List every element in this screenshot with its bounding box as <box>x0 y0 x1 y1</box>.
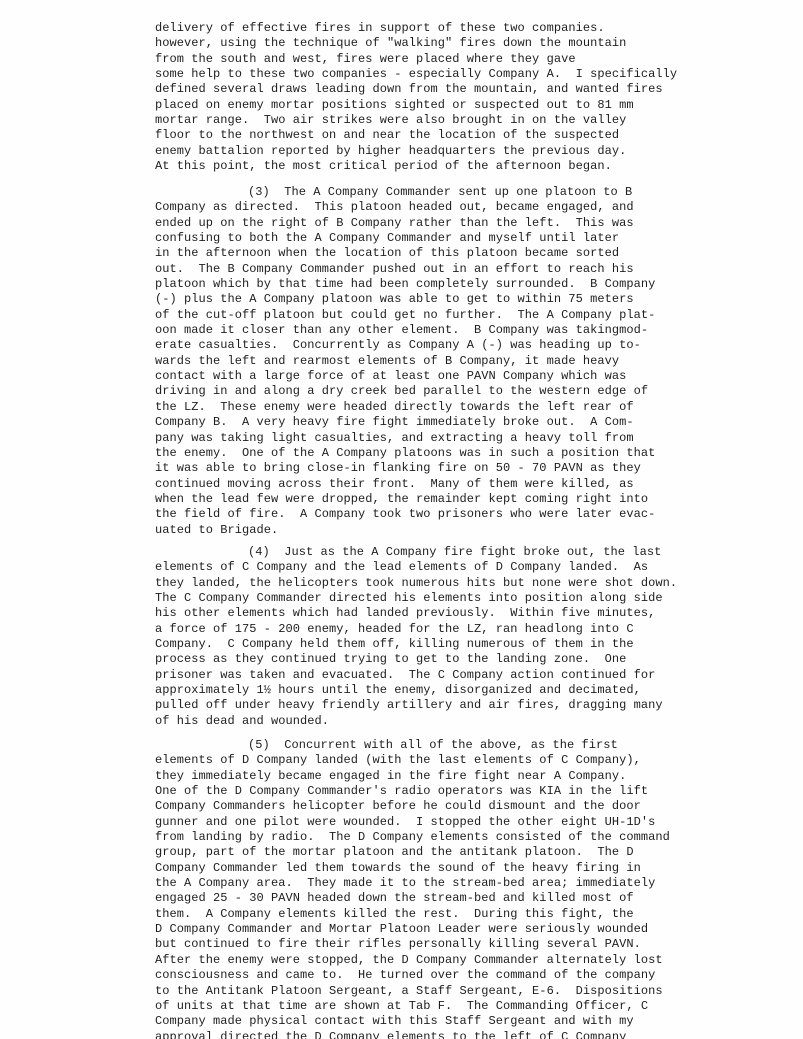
text-line: to the Antitank Platoon Sergeant, a Staf… <box>155 984 670 999</box>
text-line: (3) The A Company Commander sent up one … <box>155 185 655 200</box>
paragraph-continuation: delivery of effective fires in support o… <box>155 21 677 174</box>
paragraph-4: (4) Just as the A Company fire fight bro… <box>155 545 677 729</box>
text-line: out. The B Company Commander pushed out … <box>155 262 655 277</box>
text-line: pany was taking light casualties, and ex… <box>155 431 655 446</box>
text-line: wards the left and rearmost elements of … <box>155 354 655 369</box>
text-line: but continued to fire their rifles perso… <box>155 937 670 952</box>
text-line: elements of C Company and the lead eleme… <box>155 560 677 575</box>
text-line: pulled off under heavy friendly artiller… <box>155 698 677 713</box>
text-line: a force of 175 - 200 enemy, headed for t… <box>155 622 677 637</box>
text-line: Company B. A very heavy fire fight immed… <box>155 415 655 430</box>
text-line: his other elements which had landed prev… <box>155 606 677 621</box>
text-line: confusing to both the A Company Commande… <box>155 231 655 246</box>
text-line: continued moving across their front. Man… <box>155 477 655 492</box>
text-line: gunner and one pilot were wounded. I sto… <box>155 815 670 830</box>
text-line: erate casualties. Concurrently as Compan… <box>155 338 655 353</box>
text-line: of units at that time are shown at Tab F… <box>155 999 670 1014</box>
text-line: (5) Concurrent with all of the above, as… <box>155 738 670 753</box>
text-line: some help to these two companies - espec… <box>155 67 677 82</box>
text-line: it was able to bring close-in flanking f… <box>155 461 655 476</box>
text-line: defined several draws leading down from … <box>155 82 677 97</box>
text-line: prisoner was taken and evacuated. The C … <box>155 668 677 683</box>
text-line: when the lead few were dropped, the rema… <box>155 492 655 507</box>
text-line: from the south and west, fires were plac… <box>155 52 677 67</box>
text-line: them. A Company elements killed the rest… <box>155 907 670 922</box>
text-line: One of the D Company Commander's radio o… <box>155 784 670 799</box>
text-line: from landing by radio. The D Company ele… <box>155 830 670 845</box>
text-line: placed on enemy mortar positions sighted… <box>155 98 677 113</box>
text-line: platoon which by that time had been comp… <box>155 277 655 292</box>
text-line: Company. C Company held them off, killin… <box>155 637 677 652</box>
text-line: the enemy. One of the A Company platoons… <box>155 446 655 461</box>
text-line: process as they continued trying to get … <box>155 652 677 667</box>
text-line: approval directed the D Company elements… <box>155 1030 670 1039</box>
text-line: the A Company area. They made it to the … <box>155 876 670 891</box>
text-line: After the enemy were stopped, the D Comp… <box>155 953 670 968</box>
text-line: delivery of effective fires in support o… <box>155 21 677 36</box>
text-line: elements of D Company landed (with the l… <box>155 753 670 768</box>
text-line: the LZ. These enemy were headed directly… <box>155 400 655 415</box>
text-line: group, part of the mortar platoon and th… <box>155 845 670 860</box>
text-line: The C Company Commander directed his ele… <box>155 591 677 606</box>
text-line: Company made physical contact with this … <box>155 1014 670 1029</box>
paragraph-3: (3) The A Company Commander sent up one … <box>155 185 655 538</box>
text-line: contact with a large force of at least o… <box>155 369 655 384</box>
paragraph-5: (5) Concurrent with all of the above, as… <box>155 738 670 1039</box>
text-line: of the cut-off platoon but could get no … <box>155 308 655 323</box>
text-line: (4) Just as the A Company fire fight bro… <box>155 545 677 560</box>
text-line: (-) plus the A Company platoon was able … <box>155 292 655 307</box>
text-line: enemy battalion reported by higher headq… <box>155 144 677 159</box>
text-line: approximately 1½ hours until the enemy, … <box>155 683 677 698</box>
text-line: Company as directed. This platoon headed… <box>155 200 655 215</box>
text-line: however, using the technique of "walking… <box>155 36 677 51</box>
text-line: ended up on the right of B Company rathe… <box>155 216 655 231</box>
text-line: Company Commanders helicopter before he … <box>155 799 670 814</box>
text-line: driving in and along a dry creek bed par… <box>155 384 655 399</box>
text-line: they immediately became engaged in the f… <box>155 769 670 784</box>
text-line: Company Commander led them towards the s… <box>155 861 670 876</box>
text-line: engaged 25 - 30 PAVN headed down the str… <box>155 891 670 906</box>
text-line: At this point, the most critical period … <box>155 159 677 174</box>
text-line: floor to the northwest on and near the l… <box>155 128 677 143</box>
text-line: uated to Brigade. <box>155 523 655 538</box>
text-line: they landed, the helicopters took numero… <box>155 576 677 591</box>
text-line: oon made it closer than any other elemen… <box>155 323 655 338</box>
text-line: in the afternoon when the location of th… <box>155 246 655 261</box>
text-line: D Company Commander and Mortar Platoon L… <box>155 922 670 937</box>
text-line: of his dead and wounded. <box>155 714 677 729</box>
text-line: mortar range. Two air strikes were also … <box>155 113 677 128</box>
text-line: consciousness and came to. He turned ove… <box>155 968 670 983</box>
text-line: the field of fire. A Company took two pr… <box>155 507 655 522</box>
document-page: delivery of effective fires in support o… <box>0 0 803 1039</box>
